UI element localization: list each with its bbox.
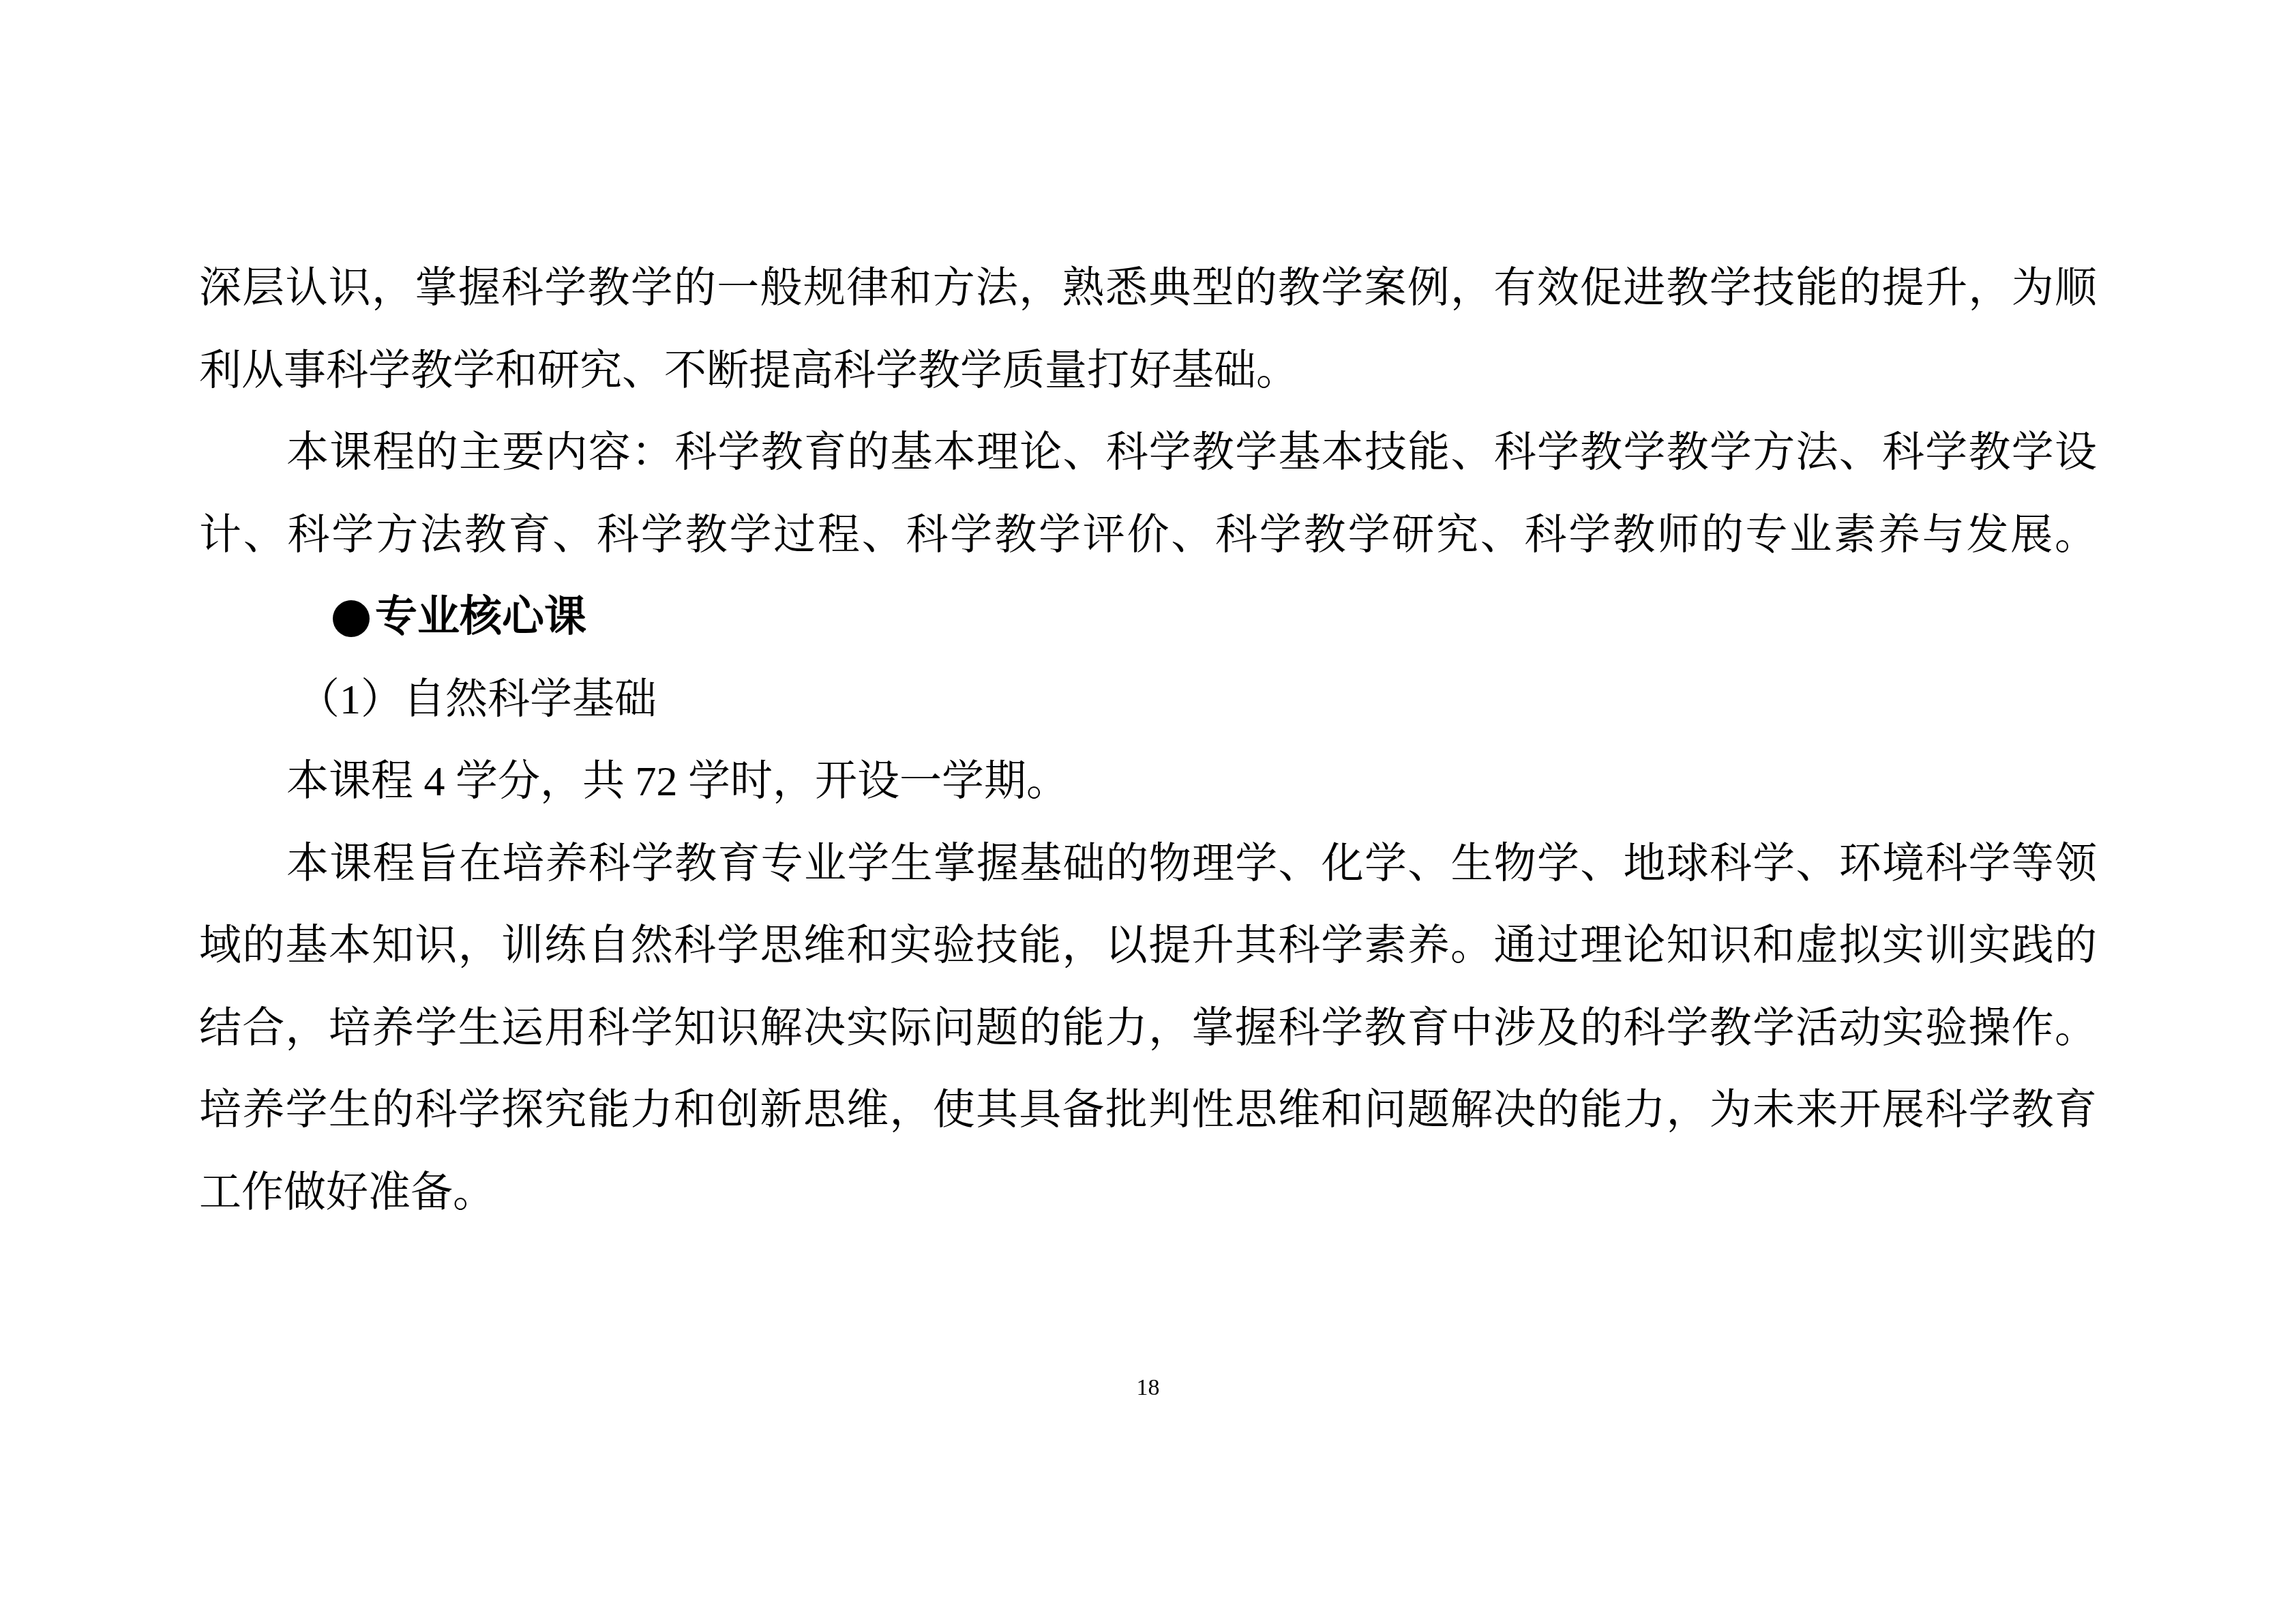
paragraph-line: 本课程旨在培养科学教育专业学生掌握基础的物理学、化学、生物学、地球科学、环境科学… — [199, 823, 2097, 906]
course-credits: 本课程 4 学分，共 72 学时，开设一学期。 — [199, 741, 2097, 823]
section-heading: 专业核心课 — [199, 576, 2097, 659]
body-text: 深层认识，掌握科学教学的一般规律和方法，熟悉典型的教学案例，有效促进教学技能的提… — [199, 248, 2097, 1234]
continuation-paragraph: 深层认识，掌握科学教学的一般规律和方法，熟悉典型的教学案例，有效促进教学技能的提… — [199, 248, 2097, 412]
paragraph-line: 利从事科学教学和研究、不断提高科学教学质量打好基础。 — [199, 330, 2097, 413]
course-description-paragraph: 本课程旨在培养科学教育专业学生掌握基础的物理学、化学、生物学、地球科学、环境科学… — [199, 823, 2097, 1235]
paragraph-line: 工作做好准备。 — [199, 1152, 2097, 1235]
course-title: （1）自然科学基础 — [199, 659, 2097, 741]
content-paragraph: 本课程的主要内容：科学教育的基本理论、科学教学基本技能、科学教学教学方法、科学教… — [199, 412, 2097, 576]
page-number: 18 — [0, 1371, 2296, 1405]
paragraph-line: 结合，培养学生运用科学知识解决实际问题的能力，掌握科学教育中涉及的科学教学活动实… — [199, 988, 2097, 1070]
document-page: 深层认识，掌握科学教学的一般规律和方法，熟悉典型的教学案例，有效促进教学技能的提… — [0, 0, 2296, 1624]
paragraph-line: 培养学生的科学探究能力和创新思维，使其具备批判性思维和问题解决的能力，为未来开展… — [199, 1069, 2097, 1152]
paragraph-line: 本课程的主要内容：科学教育的基本理论、科学教学基本技能、科学教学教学方法、科学教… — [199, 412, 2097, 494]
bullet-icon — [333, 600, 370, 637]
paragraph-line: 域的基本知识，训练自然科学思维和实验技能，以提升其科学素养。通过理论知识和虚拟实… — [199, 905, 2097, 988]
section-heading-text: 专业核心课 — [375, 594, 586, 640]
paragraph-line: 计、科学方法教育、科学教学过程、科学教学评价、科学教学研究、科学教师的专业素养与… — [199, 494, 2097, 577]
paragraph-line: 深层认识，掌握科学教学的一般规律和方法，熟悉典型的教学案例，有效促进教学技能的提… — [199, 248, 2097, 330]
